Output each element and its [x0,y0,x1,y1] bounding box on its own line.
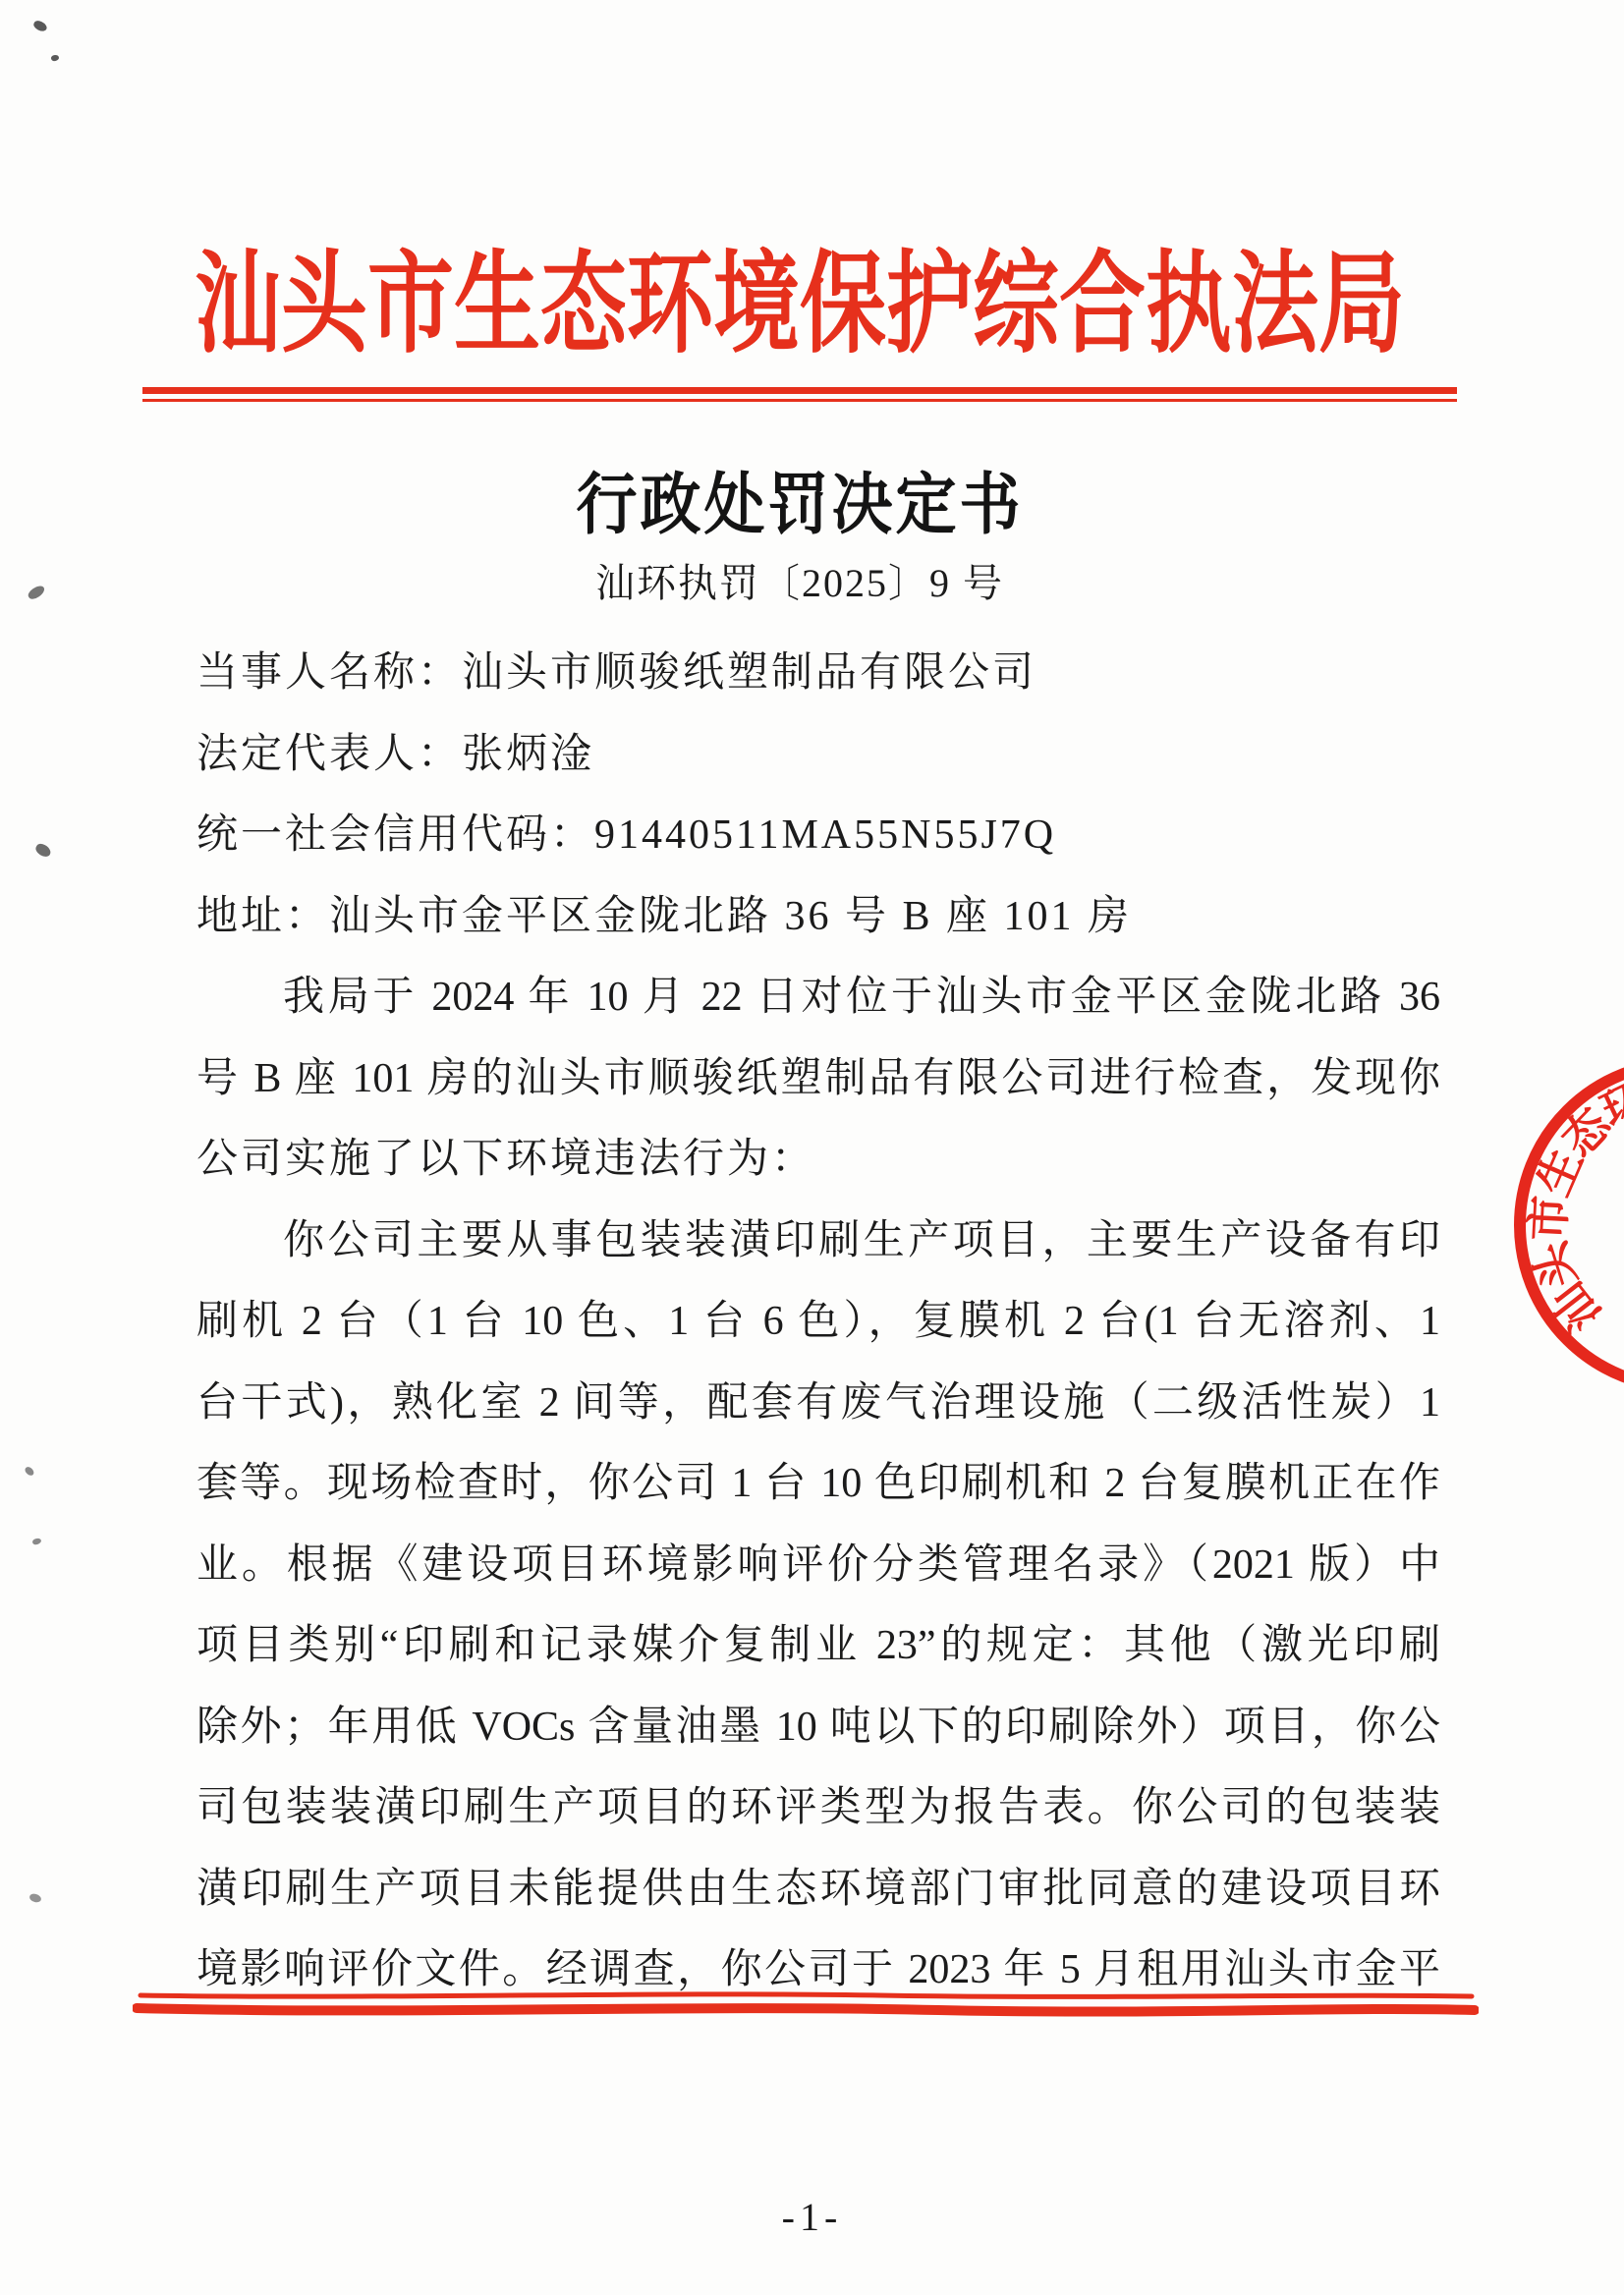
body-line-party-name: 当事人名称：汕头市顺骏纸塑制品有限公司 [196,633,1440,714]
body-line-6: 号 B 座 101 房的汕头市顺骏纸塑制品有限公司进行检查，发现你 [196,1038,1440,1120]
document-body: 当事人名称：汕头市顺骏纸塑制品有限公司 法定代表人：张炳淦 统一社会信用代码：9… [196,633,1440,2011]
body-line-address: 地址：汕头市金平区金陇北路 36 号 B 座 101 房 [196,876,1440,958]
body-line-legal-rep: 法定代表人：张炳淦 [196,714,1440,796]
letterhead-rule-thick [142,387,1457,394]
body-line-16: 潢印刷生产项目未能提供由生态环境部门审批同意的建设项目环 [196,1849,1440,1931]
scan-speck [33,842,52,860]
body-line-11: 套等。现场检查时，你公司 1 台 10 色印刷机和 2 台复膜机正在作 [196,1443,1440,1525]
body-line-9: 刷机 2 台（1 台 10 色、1 台 6 色），复膜机 2 台(1 台无溶剂、… [196,1281,1440,1363]
scan-speck [31,1538,42,1546]
official-seal: 汕 头 市 生 态 环 境 [1482,1046,1624,1400]
body-line-15: 司包装装潢印刷生产项目的环评类型为报告表。你公司的包装装 [196,1767,1440,1849]
scan-speck [27,584,46,602]
body-line-12: 业。根据《建设项目环境影响评价分类管理名录》（2021 版）中 [196,1525,1440,1606]
body-line-13: 项目类别“印刷和记录媒介复制业 23”的规定：其他（激光印刷 [196,1605,1440,1687]
body-line-10: 台干式)，熟化室 2 间等，配套有废气治理设施（二级活性炭）1 [196,1363,1440,1444]
scan-speck [32,19,48,32]
body-line-7: 公司实施了以下环境违法行为： [196,1119,1440,1201]
body-line-credit-code: 统一社会信用代码：91440511MA55N55J7Q [196,795,1440,876]
scan-speck [28,1893,42,1904]
scan-speck [50,54,59,62]
body-line-5: 我局于 2024 年 10 月 22 日对位于汕头市金平区金陇北路 36 [196,957,1440,1038]
page-number: -1- [0,2197,1624,2238]
scan-speck [24,1466,35,1478]
seal-char: 市 [1523,1195,1575,1243]
document-title: 行政处罚决定书 [142,466,1457,545]
body-line-8: 你公司主要从事包装装潢印刷生产项目，主要生产设备有印 [196,1201,1440,1282]
letterhead-rule-thin [142,399,1457,402]
document-number: 汕环执罚〔2025〕9 号 [142,556,1457,611]
agency-letterhead: 汕头市生态环境保护综合执法局 [142,222,1457,398]
body-line-14: 除外；年用低 VOCs 含量油墨 10 吨以下的印刷除外）项目，你公 [196,1687,1440,1768]
document-page: 汕头市生态环境保护综合执法局 行政处罚决定书 汕环执罚〔2025〕9 号 当事人… [0,0,1624,2295]
red-underline-mark [133,1985,1479,2024]
